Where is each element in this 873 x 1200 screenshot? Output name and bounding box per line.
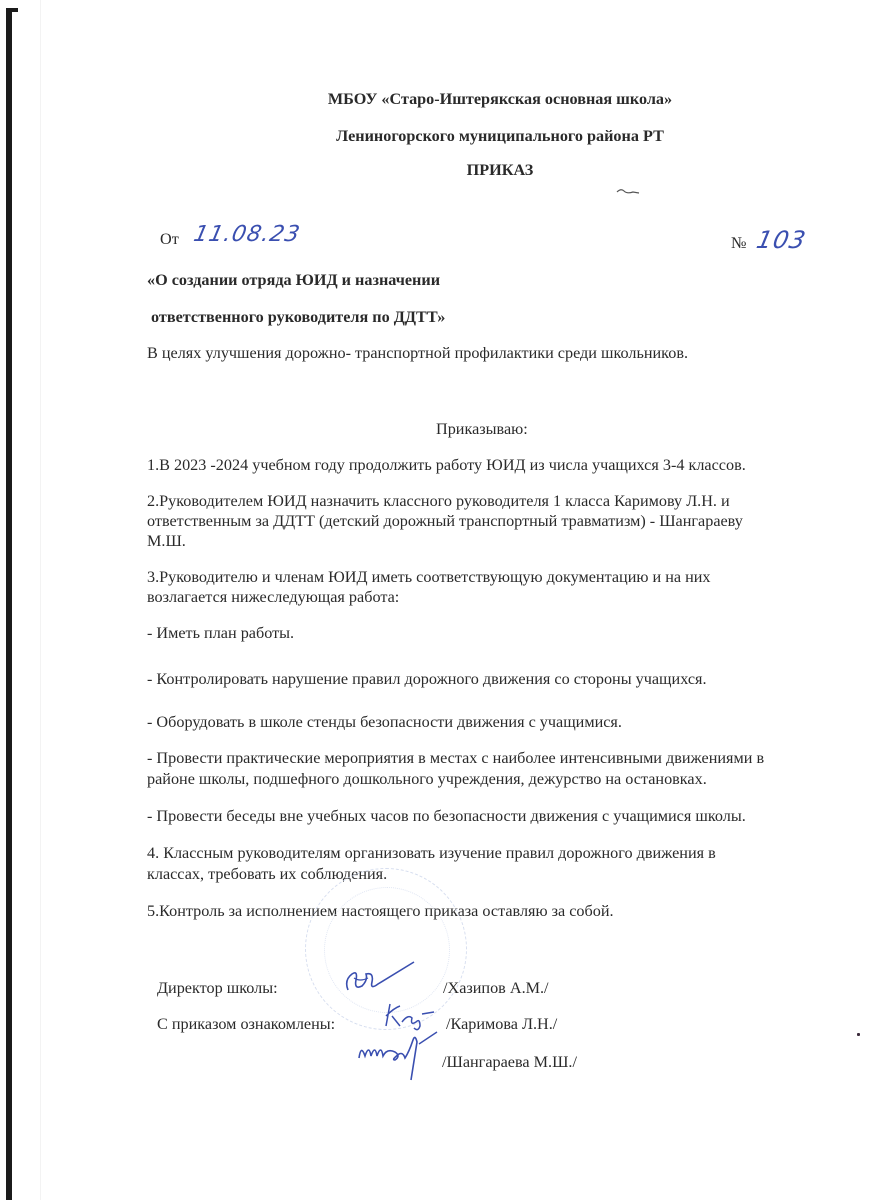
director-name: /Хазипов А.М./ <box>443 978 549 998</box>
shangaraeva-name: /Шангараева М.Ш./ <box>442 1052 577 1072</box>
item-2-line-3: М.Ш. <box>147 531 186 551</box>
number-label: № <box>731 233 746 253</box>
scan-speck <box>857 1033 860 1036</box>
karimova-name: /Каримова Л.Н./ <box>446 1014 557 1034</box>
scan-edge-bar <box>6 8 12 1200</box>
organization-name: МБОУ «Старо-Иштерякская основная школа» <box>90 89 873 109</box>
district-name: Лениногорского муниципального района РТ <box>90 126 873 146</box>
item-4-line-1: 4. Классным руководителям организовать и… <box>147 843 716 863</box>
subitem-5: - Провести беседы вне учебных часов по б… <box>147 806 746 826</box>
item-1-line-1: 1.В 2023 -2024 учебном году продолжить р… <box>147 455 746 475</box>
item-2-line-1: 2.Руководителем ЮИД назначить классного … <box>147 491 730 511</box>
director-label: Директор школы: <box>157 978 278 998</box>
page-fold-line <box>40 0 41 1200</box>
item-2-line-2: ответственным за ДДТТ (детский дорожный … <box>147 511 743 531</box>
item-3-line-2: возлагается нижеследующая работа: <box>147 587 399 607</box>
date-label: От <box>160 229 179 249</box>
subitem-1: - Иметь план работы. <box>147 623 294 643</box>
pen-mark <box>615 186 641 196</box>
preamble: В целях улучшения дорожно- транспортной … <box>147 343 688 363</box>
order-word: Приказываю: <box>436 419 528 439</box>
scan-edge-corner <box>6 8 18 12</box>
document-type: ПРИКАЗ <box>90 160 873 180</box>
subitem-4-line-1: - Провести практические мероприятия в ме… <box>147 748 764 768</box>
order-title-line-1: «О создании отряда ЮИД и назначении <box>147 270 440 290</box>
order-title-line-2: ответственного руководителя по ДДТТ» <box>151 307 445 327</box>
director-signature <box>340 960 420 1000</box>
subitem-4-line-2: районе школы, подшефного дошкольного учр… <box>147 769 707 789</box>
subitem-2: - Контролировать нарушение правил дорожн… <box>147 669 707 689</box>
shangaraeva-signature <box>355 1030 455 1084</box>
item-3-line-1: 3.Руководителю и членам ЮИД иметь соотве… <box>147 567 711 587</box>
number-value-handwritten: 103 <box>754 226 809 254</box>
karimova-signature <box>380 1000 440 1034</box>
date-value-handwritten: 11.08.23 <box>191 222 302 247</box>
subitem-3: - Оборудовать в школе стенды безопасност… <box>147 712 622 732</box>
acquainted-label: С приказом ознакомлены: <box>157 1014 335 1034</box>
